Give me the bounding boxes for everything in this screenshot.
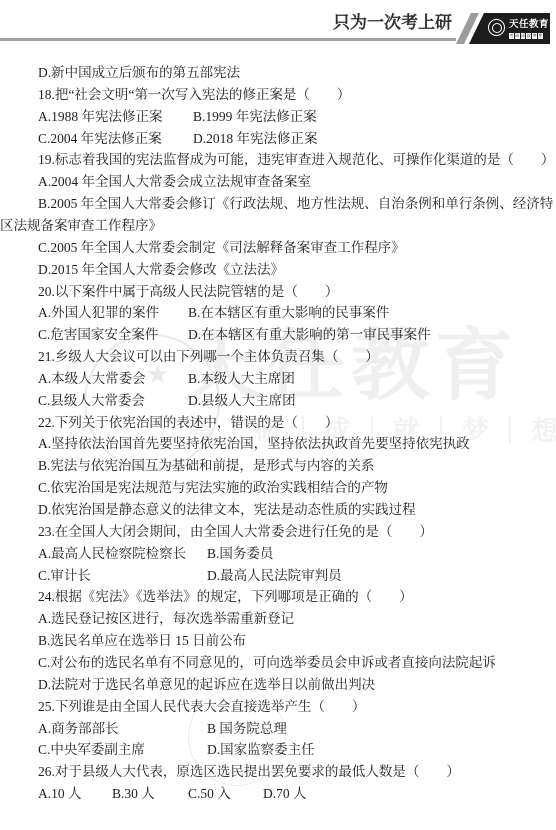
brand-tagline-char: 考 <box>509 33 514 39</box>
brand-logo-core <box>492 23 502 33</box>
brand-tagline-char: 研 <box>515 33 520 39</box>
header-rule <box>0 38 456 41</box>
brand-name: 天任教育 <box>509 20 549 30</box>
brand-badge: 天任教育 考研成就梦想 <box>456 13 550 44</box>
brand-tagline-char: 梦 <box>532 33 537 39</box>
page-header: 只为一次考上研 天任教育 考研成就梦想 <box>0 0 556 830</box>
brand-tagline-boxes: 考研成就梦想 <box>509 33 543 39</box>
exam-page: ★ 天任教育 考 ｜ 研 ｜ 成 ｜ 就 ｜ 梦 ｜ 想 只为一次考上研 天任教… <box>0 0 556 830</box>
brand-logo-icon <box>488 19 505 36</box>
brand-tagline-char: 想 <box>538 33 543 39</box>
brand-tagline-char: 就 <box>526 33 531 39</box>
brand-tagline-char: 成 <box>521 33 526 39</box>
header-slogan: 只为一次考上研 <box>333 14 452 31</box>
